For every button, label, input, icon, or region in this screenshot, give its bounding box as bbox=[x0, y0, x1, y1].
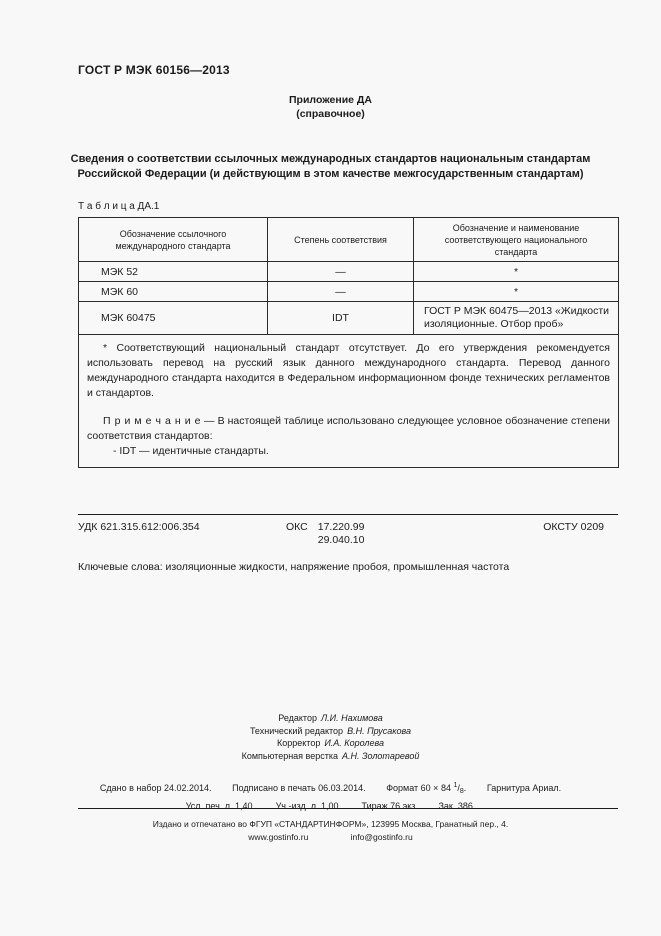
national-standard-cell: * bbox=[414, 282, 619, 302]
annex-subtitle: (справочное) bbox=[0, 107, 661, 121]
degree-cell: — bbox=[268, 262, 414, 282]
editor-role: Технический редактор bbox=[250, 726, 343, 736]
note-label: П р и м е ч а н и е bbox=[103, 415, 201, 427]
okstu-code: ОКСТУ 0209 bbox=[543, 521, 604, 533]
publisher-block: Издано и отпечатано во ФГУП «СТАНДАРТИНФ… bbox=[0, 818, 661, 844]
table-header-row: Обозначение ссылочного международного ст… bbox=[79, 218, 619, 262]
section-title: Сведения о соответствии ссылочных междун… bbox=[40, 152, 621, 182]
section-title-line1: Сведения о соответствии ссылочных междун… bbox=[40, 152, 621, 167]
table-row: МЭК 60475 IDT ГОСТ Р МЭК 60475—2013 «Жид… bbox=[79, 302, 619, 335]
editor-line: Компьютерная версткаА.Н. Золотаревой bbox=[0, 750, 661, 763]
editor-line: РедакторЛ.И. Нахимова bbox=[0, 712, 661, 725]
degree-cell: IDT bbox=[268, 302, 414, 335]
publisher-contacts: www.gostinfo.ru info@gostinfo.ru bbox=[0, 831, 661, 844]
ref-standard-cell: МЭК 60475 bbox=[79, 302, 268, 335]
typeset-date: Сдано в набор 24.02.2014. bbox=[100, 783, 212, 793]
editor-name: Л.И. Нахимова bbox=[321, 713, 383, 723]
table-row: МЭК 60 — * bbox=[79, 282, 619, 302]
imprint-line1: Сдано в набор 24.02.2014. Подписано в пе… bbox=[0, 779, 661, 799]
table-footnote-cell: * Соответствующий национальный стандарт … bbox=[79, 335, 619, 468]
note-item: - IDT — идентичные стандарты. bbox=[87, 444, 610, 459]
paper-format: Формат 60 × 84 1/8. bbox=[386, 783, 466, 793]
national-standard-cell: * bbox=[414, 262, 619, 282]
table-row: МЭК 52 — * bbox=[79, 262, 619, 282]
editor-name: А.Н. Золотаревой bbox=[342, 751, 419, 761]
editor-name: В.Н. Прусакова bbox=[347, 726, 411, 736]
editor-role: Корректор bbox=[277, 738, 320, 748]
note-paragraph: П р и м е ч а н и е — В настоящей таблиц… bbox=[87, 414, 610, 444]
circulation: Тираж 76 экз. bbox=[361, 801, 417, 811]
footnote-text: * Соответствующий национальный стандарт … bbox=[87, 341, 610, 401]
document-code: ГОСТ Р МЭК 60156—2013 bbox=[78, 63, 230, 77]
editor-line: Технический редакторВ.Н. Прусакова bbox=[0, 725, 661, 738]
publisher-website: www.gostinfo.ru bbox=[248, 832, 308, 842]
col-header-degree: Степень соответствия bbox=[268, 218, 414, 262]
publisher-email: info@gostinfo.ru bbox=[351, 832, 413, 842]
order-number: Зак. 386. bbox=[438, 801, 475, 811]
pub-sheets: Уч.-изд. л. 1,00. bbox=[276, 801, 341, 811]
col-header-ref-standard: Обозначение ссылочного международного ст… bbox=[79, 218, 268, 262]
ref-standard-cell: МЭК 52 bbox=[79, 262, 268, 282]
section-title-line2: Российской Федерации (и действующим в эт… bbox=[40, 167, 621, 182]
oks-value: 17.220.99 bbox=[318, 521, 365, 534]
national-standard-cell: ГОСТ Р МЭК 60475—2013 «Жидкости изоляцио… bbox=[414, 302, 619, 335]
print-date: Подписано в печать 06.03.2014. bbox=[232, 783, 366, 793]
oks-label: ОКС bbox=[286, 521, 308, 547]
oks-code: ОКС 17.220.99 29.040.10 bbox=[286, 521, 364, 547]
horizontal-rule bbox=[78, 808, 618, 809]
annex-title: Приложение ДА bbox=[0, 93, 661, 107]
horizontal-rule bbox=[78, 514, 618, 515]
col-header-national-standard: Обозначение и наименование соответствующ… bbox=[414, 218, 619, 262]
imprint-line2: Усл. печ. л. 1,40. Уч.-изд. л. 1,00. Тир… bbox=[0, 799, 661, 813]
document-page: { "header": { "doc_code": "ГОСТ Р МЭК 60… bbox=[0, 0, 661, 936]
annex-heading: Приложение ДА (справочное) bbox=[0, 93, 661, 121]
table-caption: Т а б л и ц а ДА.1 bbox=[78, 201, 159, 212]
typeface: Гарнитура Ариал. bbox=[487, 783, 561, 793]
oks-value: 29.040.10 bbox=[318, 534, 365, 547]
press-sheets: Усл. печ. л. 1,40. bbox=[186, 801, 255, 811]
oks-values: 17.220.99 29.040.10 bbox=[318, 521, 365, 547]
editor-name: И.А. Королева bbox=[324, 738, 384, 748]
editors-block: РедакторЛ.И. Нахимова Технический редакт… bbox=[0, 712, 661, 762]
editor-line: КорректорИ.А. Королева bbox=[0, 737, 661, 750]
editor-role: Редактор bbox=[278, 713, 317, 723]
correspondence-table: Обозначение ссылочного международного ст… bbox=[78, 217, 619, 468]
degree-cell: — bbox=[268, 282, 414, 302]
ref-standard-cell: МЭК 60 bbox=[79, 282, 268, 302]
table-footnote-row: * Соответствующий национальный стандарт … bbox=[79, 335, 619, 468]
keywords-line: Ключевые слова: изоляционные жидкости, н… bbox=[78, 561, 618, 573]
publisher-line: Издано и отпечатано во ФГУП «СТАНДАРТИНФ… bbox=[0, 818, 661, 831]
editor-role: Компьютерная верстка bbox=[242, 751, 338, 761]
udk-code: УДК 621.315.612:006.354 bbox=[78, 521, 200, 533]
